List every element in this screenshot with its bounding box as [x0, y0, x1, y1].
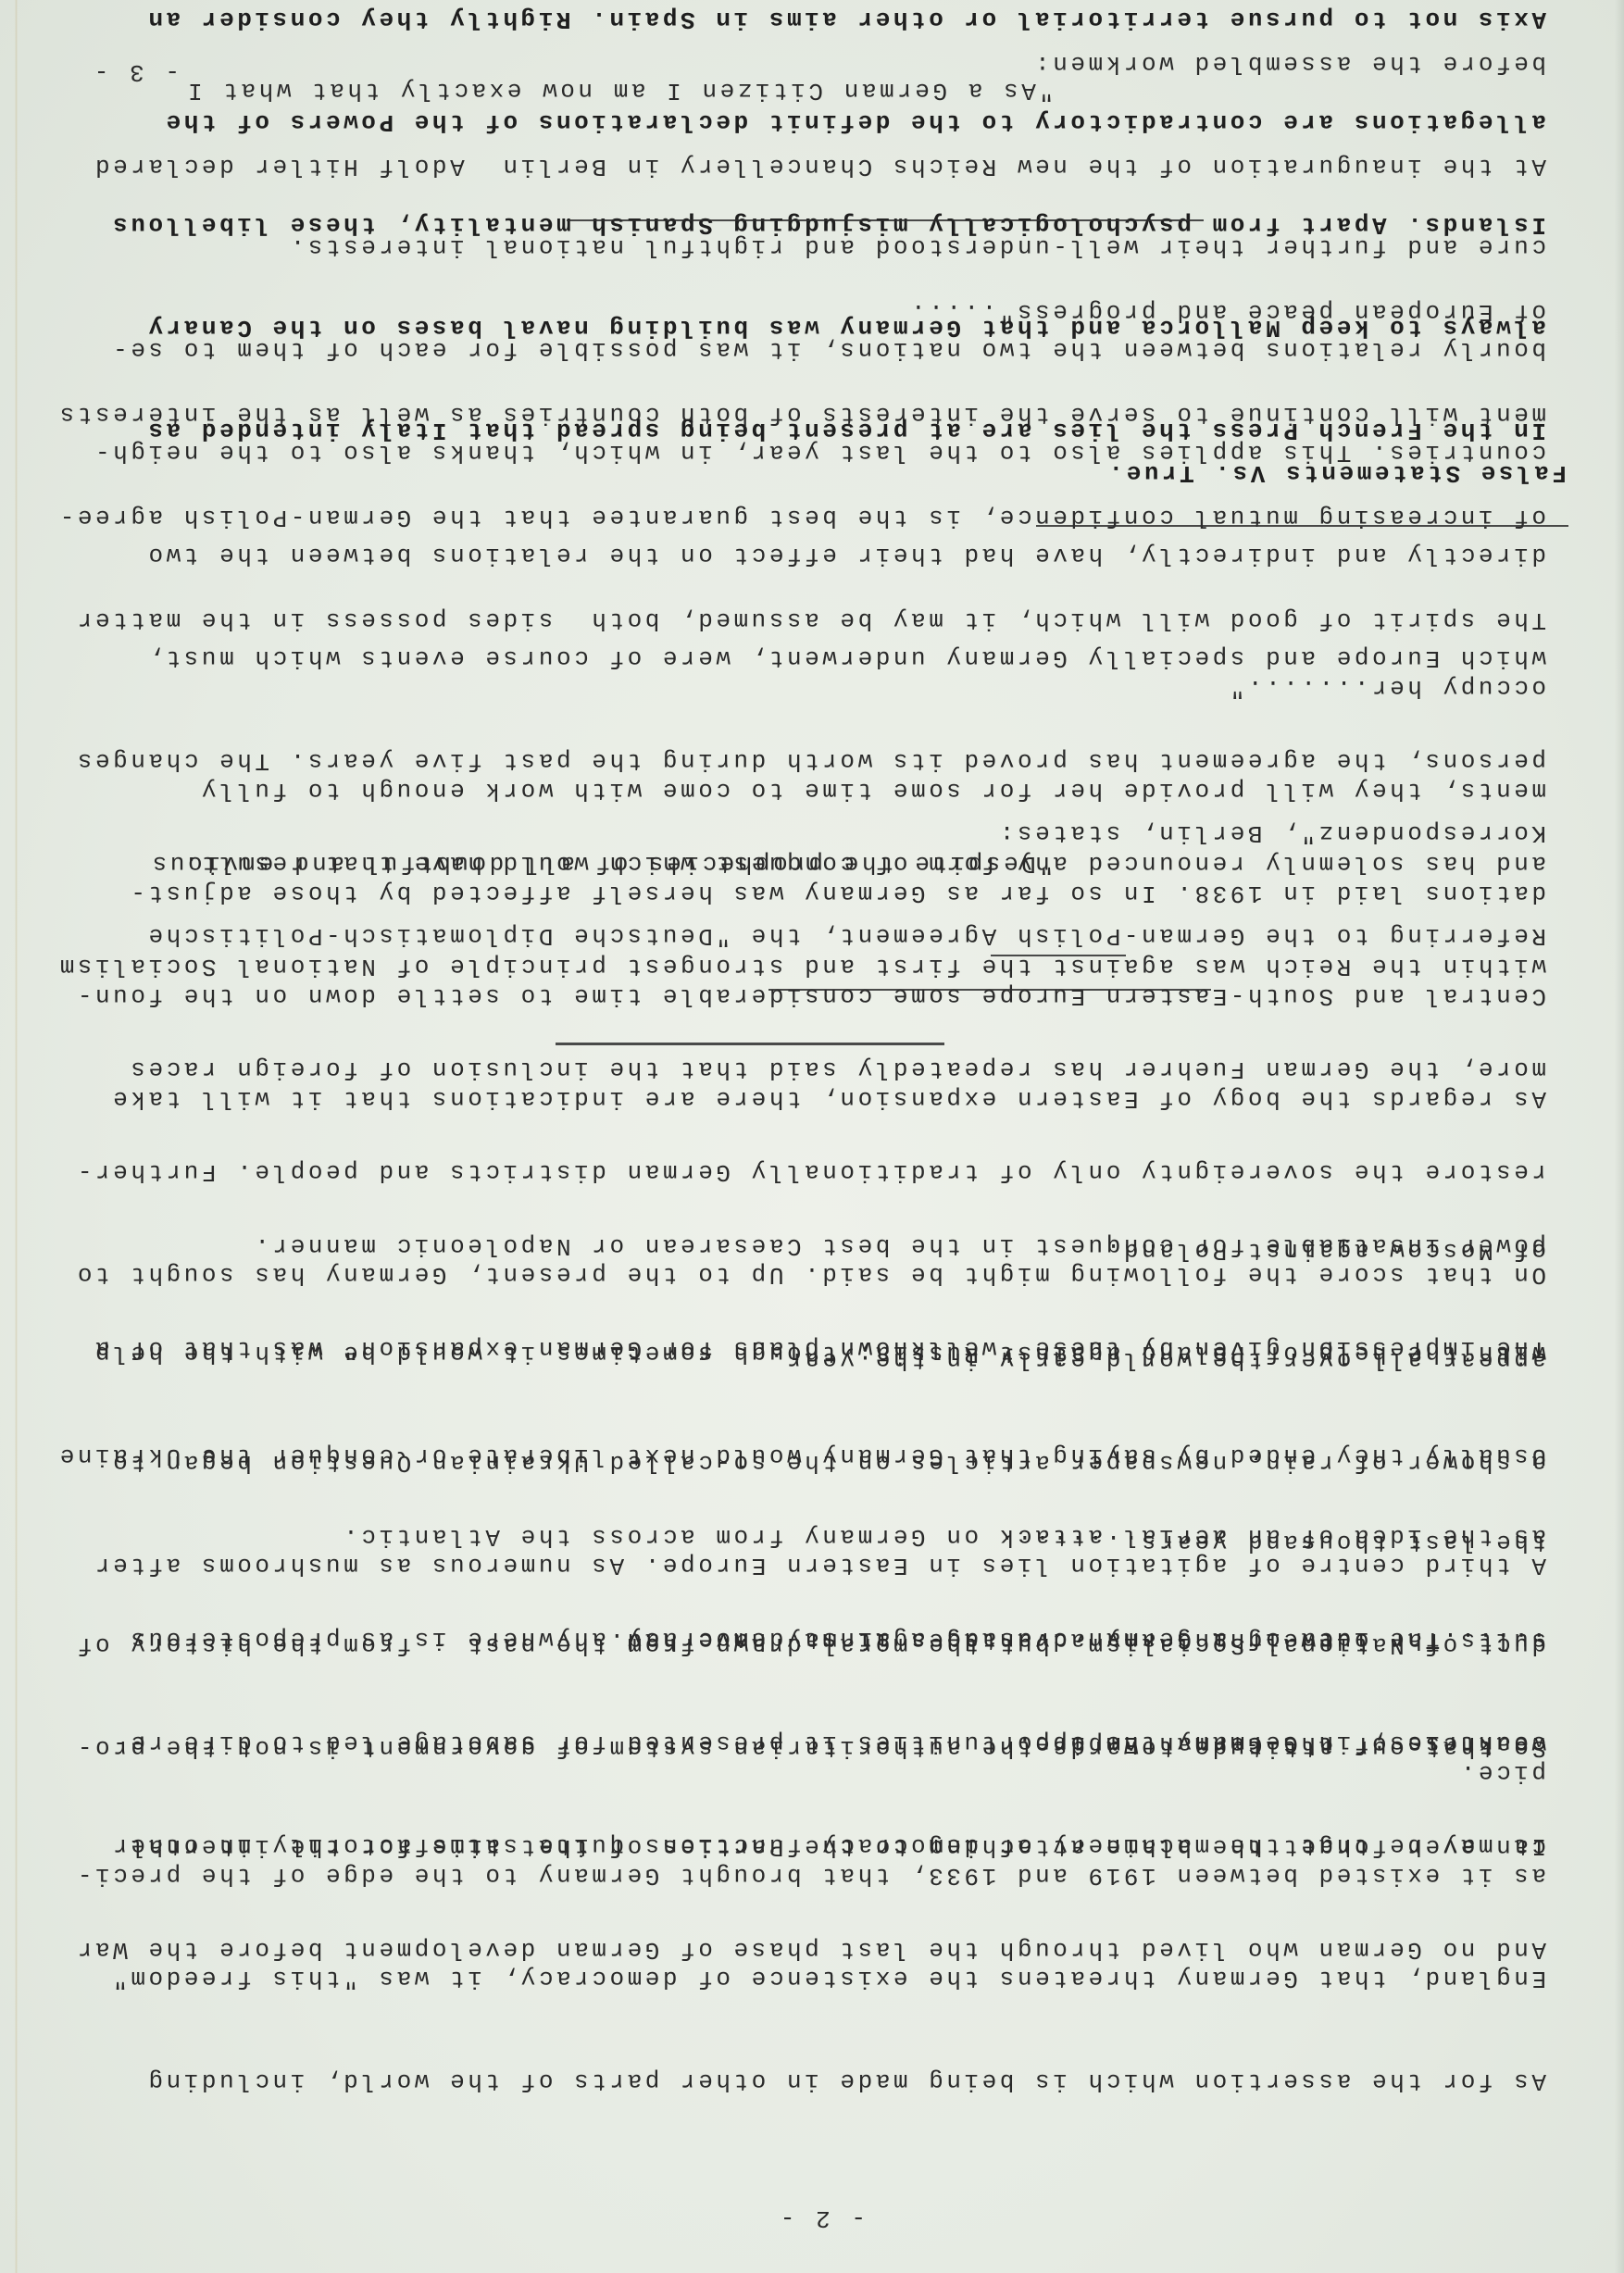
- paragraph-quote-german-citizen: "As a German Citizen I am now exactly th…: [46, 0, 1546, 176]
- page-edge-shadow: [1615, 0, 1624, 2273]
- underline-berlin-states: [991, 955, 1126, 956]
- page-number-bottom: - 3 -: [91, 58, 180, 86]
- underline-reichs-chancellery: [567, 219, 1204, 221]
- section-divider-rule: [556, 1043, 944, 1045]
- underline-heading: [1036, 525, 1568, 527]
- underline-german-polish-agreement: [768, 989, 1211, 991]
- paper-fold-line: [15, 0, 18, 2273]
- document-page: - 2 - As for the assertion which is bein…: [0, 0, 1624, 2273]
- page-number-top: - 2 -: [777, 2204, 866, 2232]
